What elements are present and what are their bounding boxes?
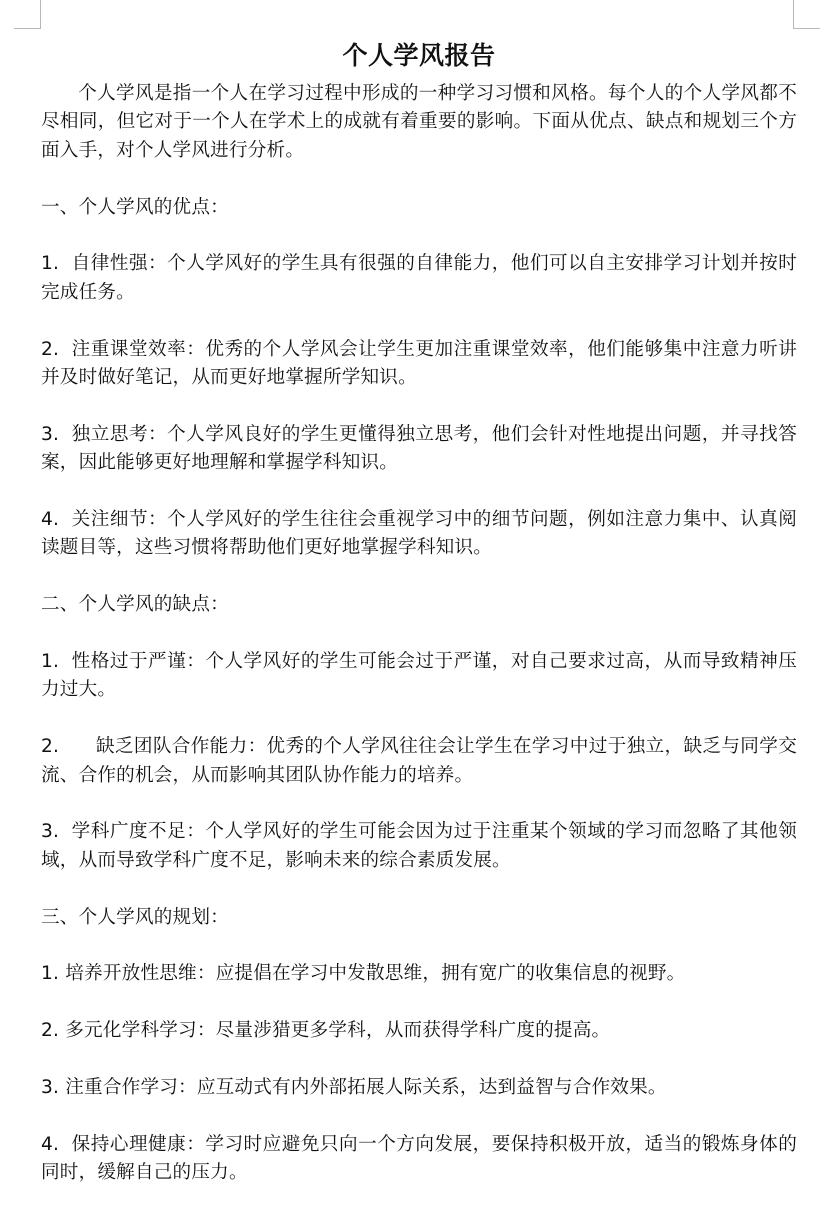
list-item: 1. 培养开放性思维：应提倡在学习中发散思维，拥有宽广的收集信息的视野。 [41,960,797,988]
item-text: 保持心理健康：学习时应避免只向一个方向发展，要保持积极开放，适当的锻炼身体的同时… [41,1134,797,1183]
list-item: 2. 注重课堂效率：优秀的个人学风会让学生更加注重课堂效率，他们能够集中注意力听… [41,336,797,393]
item-number: 3. [41,1074,65,1102]
list-item: 2. 多元化学科学习：尽量涉猎更多学科，从而获得学科广度的提高。 [41,1017,797,1045]
item-text: 性格过于严谨：个人学风好的学生可能会过于严谨，对自己要求过高，从而导致精神压力过… [41,651,797,700]
item-text: 缺乏团队合作能力：优秀的个人学风往往会让学生在学习中过于独立，缺乏与同学交流、合… [41,736,797,785]
section-heading-advantages: 一、个人学风的优点： [41,194,797,222]
blank-line [41,165,797,193]
blank-line [41,932,797,960]
item-text: 关注细节：个人学风好的学生往往会重视学习中的细节问题，例如注意力集中、认真阅读题… [41,509,797,558]
blank-line [41,392,797,420]
section-heading-plan: 三、个人学风的规划： [41,904,797,932]
blank-line [41,307,797,335]
item-number: 2. [41,336,71,364]
list-item: 1. 性格过于严谨：个人学风好的学生可能会过于严谨，对自己要求过高，从而导致精神… [41,648,797,705]
item-text: 培养开放性思维：应提倡在学习中发散思维，拥有宽广的收集信息的视野。 [65,963,685,984]
item-number: 1. [41,250,71,278]
blank-line [41,705,797,733]
blank-line [41,222,797,250]
item-number: 3. [41,421,71,449]
list-item: 3. 注重合作学习：应互动式有内外部拓展人际关系，达到益智与合作效果。 [41,1074,797,1102]
document-page: 个人学风报告 个人学风是指一个人在学习过程中形成的一种学习习惯和风格。每个人的个… [41,36,797,1188]
item-number: 2. [41,1017,65,1045]
item-number: 1. [41,648,71,676]
list-item: 2. 缺乏团队合作能力：优秀的个人学风往往会让学生在学习中过于独立，缺乏与同学交… [41,733,797,790]
item-text: 注重课堂效率：优秀的个人学风会让学生更加注重课堂效率，他们能够集中注意力听讲并及… [41,339,797,388]
section-heading-disadvantages: 二、个人学风的缺点： [41,591,797,619]
item-number: 4. [41,1131,71,1159]
item-text: 自律性强：个人学风好的学生具有很强的自律能力，他们可以自主安排学习计划并按时完成… [41,253,797,302]
list-item: 4. 关注细节：个人学风好的学生往往会重视学习中的细节问题，例如注意力集中、认真… [41,506,797,563]
blank-line [41,478,797,506]
item-number: 1. [41,960,65,988]
list-item: 1. 自律性强：个人学风好的学生具有很强的自律能力，他们可以自主安排学习计划并按… [41,250,797,307]
blank-line [41,1102,797,1130]
list-item: 3. 独立思考：个人学风良好的学生更懂得独立思考，他们会针对性地提出问题，并寻找… [41,421,797,478]
blank-line [41,1046,797,1074]
blank-line [41,790,797,818]
item-number: 3. [41,818,71,846]
item-number: 4. [41,506,71,534]
blank-line [41,875,797,903]
intro-paragraph: 个人学风是指一个人在学习过程中形成的一种学习习惯和风格。每个人的个人学风都不尽相… [41,80,797,165]
item-text: 学科广度不足：个人学风好的学生可能会因为过于注重某个领域的学习而忽略了其他领域，… [41,821,797,870]
page-corner-mark-top-left [14,0,41,29]
document-title: 个人学风报告 [41,36,797,76]
item-number: 2. [41,733,96,761]
item-text: 多元化学科学习：尽量涉猎更多学科，从而获得学科广度的提高。 [65,1020,610,1041]
blank-line [41,989,797,1017]
item-text: 独立思考：个人学风良好的学生更懂得独立思考，他们会针对性地提出问题，并寻找答案，… [41,424,797,473]
list-item: 4. 保持心理健康：学习时应避免只向一个方向发展，要保持积极开放，适当的锻炼身体… [41,1131,797,1188]
item-text: 注重合作学习：应互动式有内外部拓展人际关系，达到益智与合作效果。 [65,1077,666,1098]
page-corner-mark-top-right [793,0,820,29]
list-item: 3. 学科广度不足：个人学风好的学生可能会因为过于注重某个领域的学习而忽略了其他… [41,818,797,875]
blank-line [41,620,797,648]
blank-line [41,563,797,591]
